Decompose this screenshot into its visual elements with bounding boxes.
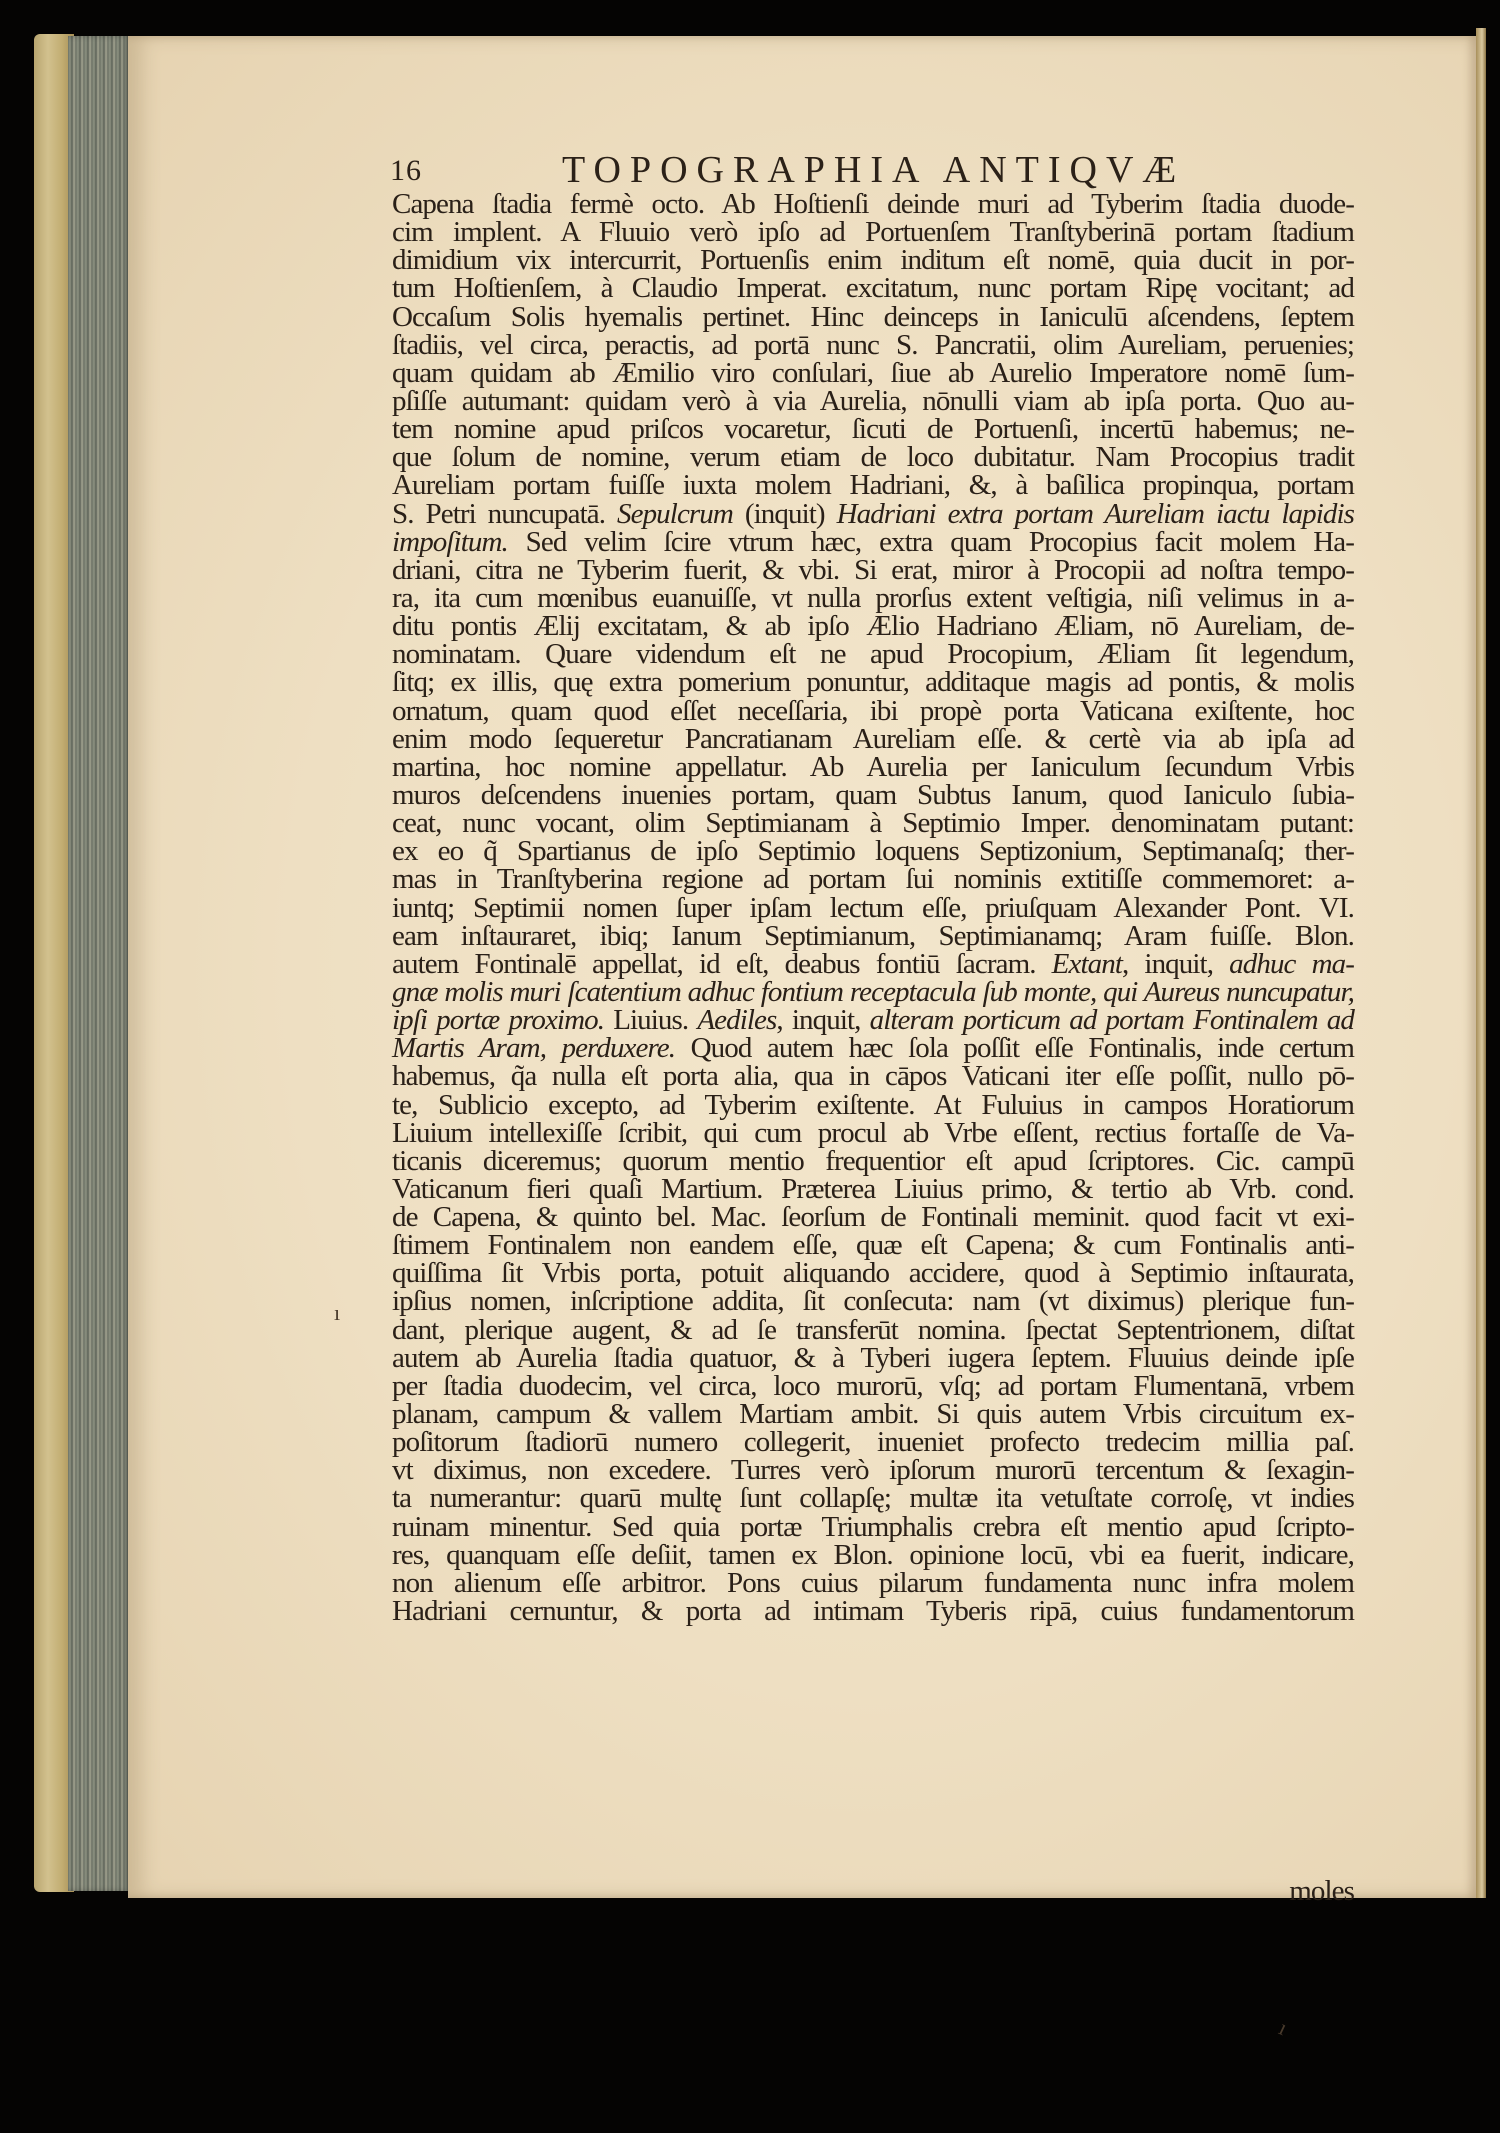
text-line: muros deſcendens inuenies portam, quam S… <box>392 781 1354 809</box>
text-line: autem Fontinalē appellat, id eſt, deabus… <box>392 950 1354 978</box>
catchword-block: moles <box>392 1877 1354 1905</box>
text-line: ditu pontis Ælij excitatam, & ab ipſo Æl… <box>392 612 1354 640</box>
page-edges-stack <box>68 36 130 1891</box>
text-line: non alienum eſſe arbitror. Pons cuius pi… <box>392 1569 1354 1597</box>
facing-page-edge <box>1476 28 1486 1898</box>
text-line: ceat, nunc vocant, olim Septimianam à Se… <box>392 809 1354 837</box>
text-line: Vaticanum fieri quaſi Martium. Præterea … <box>392 1175 1354 1203</box>
text-line: Capena ſtadia fermè octo. Ab Hoſtienſi d… <box>392 190 1354 218</box>
text-line: ſtadiis, vel circa, peractis, ad portā n… <box>392 331 1354 359</box>
margin-mark: ı <box>1275 2015 1292 2041</box>
body-text: Capena ſtadia fermè octo. Ab Hoſtienſi d… <box>392 190 1354 1625</box>
text-line: impoſitum. Sed velim ſcire vtrum hæc, ex… <box>392 528 1354 556</box>
text-line: planam, campum & vallem Martiam ambit. S… <box>392 1400 1354 1428</box>
text-line: tem nomine apud priſcos vocaretur, ſicut… <box>392 415 1354 443</box>
text-line: ſtimem Fontinalem non eandem eſſe, quæ e… <box>392 1231 1354 1259</box>
text-line: habemus, q̃a nulla eſt porta alia, qua i… <box>392 1062 1354 1090</box>
text-line: martina, hoc nomine appellatur. Ab Aurel… <box>392 753 1354 781</box>
text-line: quiſſima ſit Vrbis porta, potuit aliquan… <box>392 1259 1354 1287</box>
text-line: pſiſſe autumant: quidam verò à via Aurel… <box>392 387 1354 415</box>
text-line: quam quidam ab Æmilio viro conſulari, ſi… <box>392 359 1354 387</box>
page-number: 16 <box>390 154 422 188</box>
text-line: cim implent. A Fluuio verò ipſo ad Portu… <box>392 218 1354 246</box>
text-line: Hadriani cernuntur, & porta ad intimam T… <box>392 1597 1354 1625</box>
margin-mark: ı <box>334 1300 340 1326</box>
text-line: iuntq; Septimii nomen ſuper ipſam lectum… <box>392 894 1354 922</box>
text-line: que ſolum de nomine, verum etiam de loco… <box>392 443 1354 471</box>
text-line: dant, plerique augent, & ad ſe transferū… <box>392 1316 1354 1344</box>
text-line: dimidium vix intercurrit, Portuenſis eni… <box>392 246 1354 274</box>
text-line: ruinam minentur. Sed quia portæ Triumpha… <box>392 1513 1354 1541</box>
text-line: per ſtadia duodecim, vel circa, loco mur… <box>392 1372 1354 1400</box>
text-line: ipſi portæ proximo. Liuius. Aediles, inq… <box>392 1006 1354 1034</box>
text-line: ornatum, quam quod eſſet neceſſaria, ibi… <box>392 697 1354 725</box>
text-line: S. Petri nuncupatā. Sepulcrum (inquit) H… <box>392 500 1354 528</box>
text-line: Aureliam portam fuiſſe iuxta molem Hadri… <box>392 471 1354 499</box>
text-line: tum Hoſtienſem, à Claudio Imperat. excit… <box>392 274 1354 302</box>
text-line: autem ab Aurelia ſtadia quatuor, & à Tyb… <box>392 1344 1354 1372</box>
text-line: gnæ molis muri ſcatentium adhuc fontium … <box>392 978 1354 1006</box>
text-line: de Capena, & quinto bel. Mac. ſeorſum de… <box>392 1203 1354 1231</box>
text-line: res, quanquam eſſe deſiit, tamen ex Blon… <box>392 1541 1354 1569</box>
text-line: te, Sublicio excepto, ad Tyberim exiſten… <box>392 1091 1354 1119</box>
text-line: mas in Tranſtyberina regione ad portam ſ… <box>392 865 1354 893</box>
text-line: enim modo ſequeretur Pancratianam Aureli… <box>392 725 1354 753</box>
text-line: ſitq; ex illis, quę extra pomerium ponun… <box>392 668 1354 696</box>
text-line: ex eo q̃ Spartianus de ipſo Septimio loq… <box>392 837 1354 865</box>
text-line: eam inſtauraret, ibiq; Ianum Septimianum… <box>392 922 1354 950</box>
page-header: 16 TOPOGRAPHIA ANTIQVÆ <box>390 148 1350 188</box>
text-line: ta numerantur: quarū multę ſunt collapſę… <box>392 1484 1354 1512</box>
text-line: vt diximus, non excedere. Turres verò ip… <box>392 1456 1354 1484</box>
text-line: ipſius nomen, inſcriptione addita, ſit c… <box>392 1287 1354 1315</box>
text-line: ra, ita cum mœnibus euanuiſſe, vt nulla … <box>392 584 1354 612</box>
text-line: Martis Aram, perduxere. Quod autem hæc ſ… <box>392 1034 1354 1062</box>
text-line: Liuium intellexiſſe ſcribit, qui cum pro… <box>392 1119 1354 1147</box>
text-line: ticanis diceremus; quorum mentio frequen… <box>392 1147 1354 1175</box>
text-line: driani, citra ne Tyberim fuerit, & vbi. … <box>392 556 1354 584</box>
running-title: TOPOGRAPHIA ANTIQVÆ <box>562 148 1185 192</box>
catchword: moles <box>392 1877 1354 1905</box>
text-line: nominatam. Quare videndum eſt ne apud Pr… <box>392 640 1354 668</box>
text-line: Occaſum Solis hyemalis pertinet. Hinc de… <box>392 303 1354 331</box>
text-line: poſitorum ſtadiorū numero collegerit, in… <box>392 1428 1354 1456</box>
